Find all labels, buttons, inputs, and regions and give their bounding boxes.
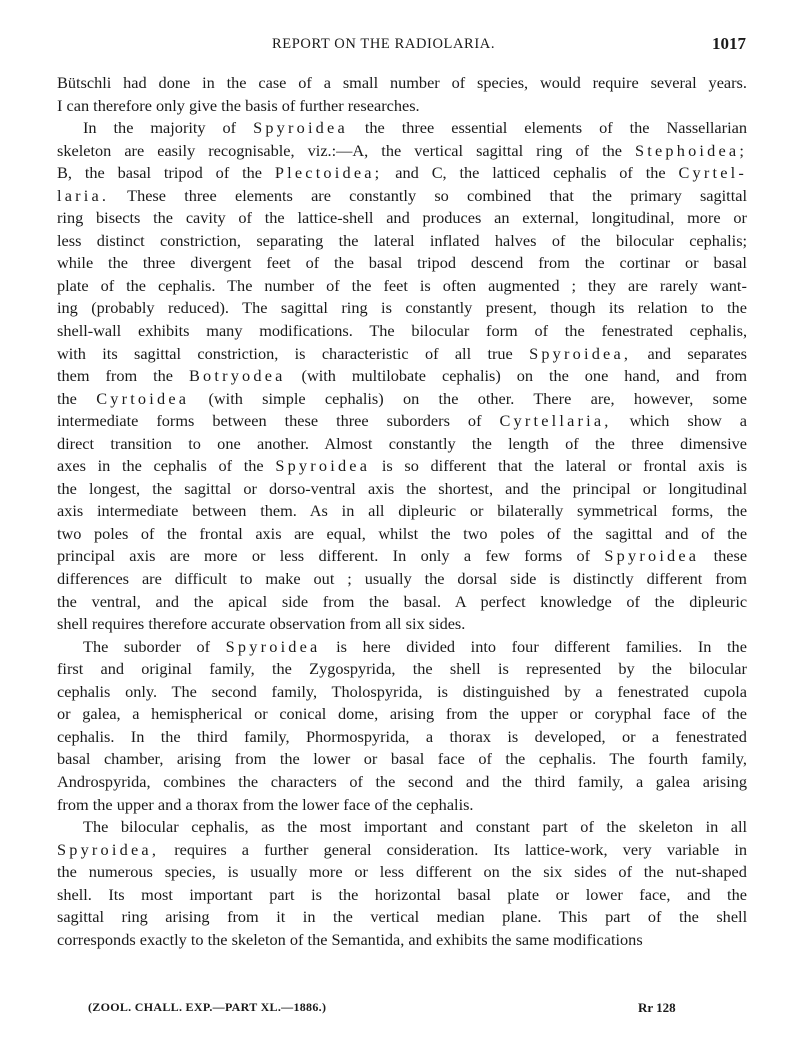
page-number: 1017	[712, 34, 746, 54]
text-line: less distinct constriction, separating t…	[57, 230, 747, 253]
taxon-name: Spyroidea	[275, 456, 370, 475]
taxon-name: Plectoidea;	[275, 163, 383, 182]
text-line: differences are difficult to make out ; …	[57, 568, 747, 591]
paragraph: Bütschli had done in the case of a small…	[57, 72, 747, 117]
taxon-name: Spyroidea,	[57, 840, 159, 859]
body-text: Bütschli had done in the case of a small…	[57, 72, 747, 951]
text-line: axes in the cephalis of the Spyroidea is…	[57, 455, 747, 478]
text-line: shell. Its most important part is the ho…	[57, 884, 747, 907]
footer-signature: Rr 128	[638, 1000, 676, 1016]
text-line: the numerous species, is usually more or…	[57, 861, 747, 884]
footer-publication: (ZOOL. CHALL. EXP.—PART XL.—1886.)	[88, 1000, 326, 1015]
text-line: cephalis only. The second family, Tholos…	[57, 681, 747, 704]
text-line: principal axis are more or less differen…	[57, 545, 747, 568]
taxon-name: Spyroidea,	[529, 344, 631, 363]
taxon-name: Spyroidea	[253, 118, 348, 137]
text-line: cephalis. In the third family, Phormospy…	[57, 726, 747, 749]
text-line: laria. These three elements are constant…	[57, 185, 747, 208]
taxon-name: Cyrtel-	[678, 163, 747, 182]
text-line: In the majority of Spyroidea the three e…	[57, 117, 747, 140]
text-line: with its sagittal constriction, is chara…	[57, 343, 747, 366]
taxon-name: Spyroidea	[604, 546, 699, 565]
text-line: corresponds exactly to the skeleton of t…	[57, 929, 747, 952]
text-line: the Cyrtoidea (with simple cephalis) on …	[57, 388, 747, 411]
text-line: two poles of the frontal axis are equal,…	[57, 523, 747, 546]
text-line: skeleton are easily recognisable, viz.:—…	[57, 140, 747, 163]
text-line: them from the Botryodea (with multilobat…	[57, 365, 747, 388]
text-line: shell-wall exhibits many modifications. …	[57, 320, 747, 343]
text-line: the longest, the sagittal or dorso-ventr…	[57, 478, 747, 501]
text-line: ring bisects the cavity of the lattice-s…	[57, 207, 747, 230]
text-line: I can therefore only give the basis of f…	[57, 95, 747, 118]
text-line: The bilocular cephalis, as the most impo…	[57, 816, 747, 839]
text-line: The suborder of Spyroidea is here divide…	[57, 636, 747, 659]
text-line: sagittal ring arising from it in the ver…	[57, 906, 747, 929]
text-line: or galea, a hemispherical or conical dom…	[57, 703, 747, 726]
text-line: direct transition to one another. Almost…	[57, 433, 747, 456]
text-line: axis intermediate between them. As in al…	[57, 500, 747, 523]
text-line: Androspyrida, combines the characters of…	[57, 771, 747, 794]
paragraph: In the majority of Spyroidea the three e…	[57, 117, 747, 636]
text-line: plate of the cephalis. The number of the…	[57, 275, 747, 298]
running-header: REPORT ON THE RADIOLARIA. 1017	[56, 34, 746, 58]
text-line: ing (probably reduced). The sagittal rin…	[57, 297, 747, 320]
text-line: from the upper and a thorax from the low…	[57, 794, 747, 817]
page-footer: (ZOOL. CHALL. EXP.—PART XL.—1886.) Rr 12…	[88, 1000, 708, 1020]
taxon-name: Cyrtoidea	[96, 389, 189, 408]
text-line: shell requires therefore accurate observ…	[57, 613, 747, 636]
paragraph: The bilocular cephalis, as the most impo…	[57, 816, 747, 951]
text-line: the ventral, and the apical side from th…	[57, 591, 747, 614]
running-title: REPORT ON THE RADIOLARIA.	[272, 36, 495, 53]
taxon-name: Cyrtellaria,	[499, 411, 611, 430]
text-line: while the three divergent feet of the ba…	[57, 252, 747, 275]
text-line: Bütschli had done in the case of a small…	[57, 72, 747, 95]
paragraph: The suborder of Spyroidea is here divide…	[57, 636, 747, 816]
text-line: first and original family, the Zygospyri…	[57, 658, 747, 681]
taxon-name: laria.	[57, 186, 109, 205]
text-line: Spyroidea, requires a further general co…	[57, 839, 747, 862]
text-line: intermediate forms between these three s…	[57, 410, 747, 433]
text-line: basal chamber, arising from the lower or…	[57, 748, 747, 771]
taxon-name: Stephoidea;	[635, 141, 747, 160]
text-line: B, the basal tripod of the Plectoidea; a…	[57, 162, 747, 185]
taxon-name: Botryodea	[189, 366, 286, 385]
taxon-name: Spyroidea	[226, 637, 321, 656]
